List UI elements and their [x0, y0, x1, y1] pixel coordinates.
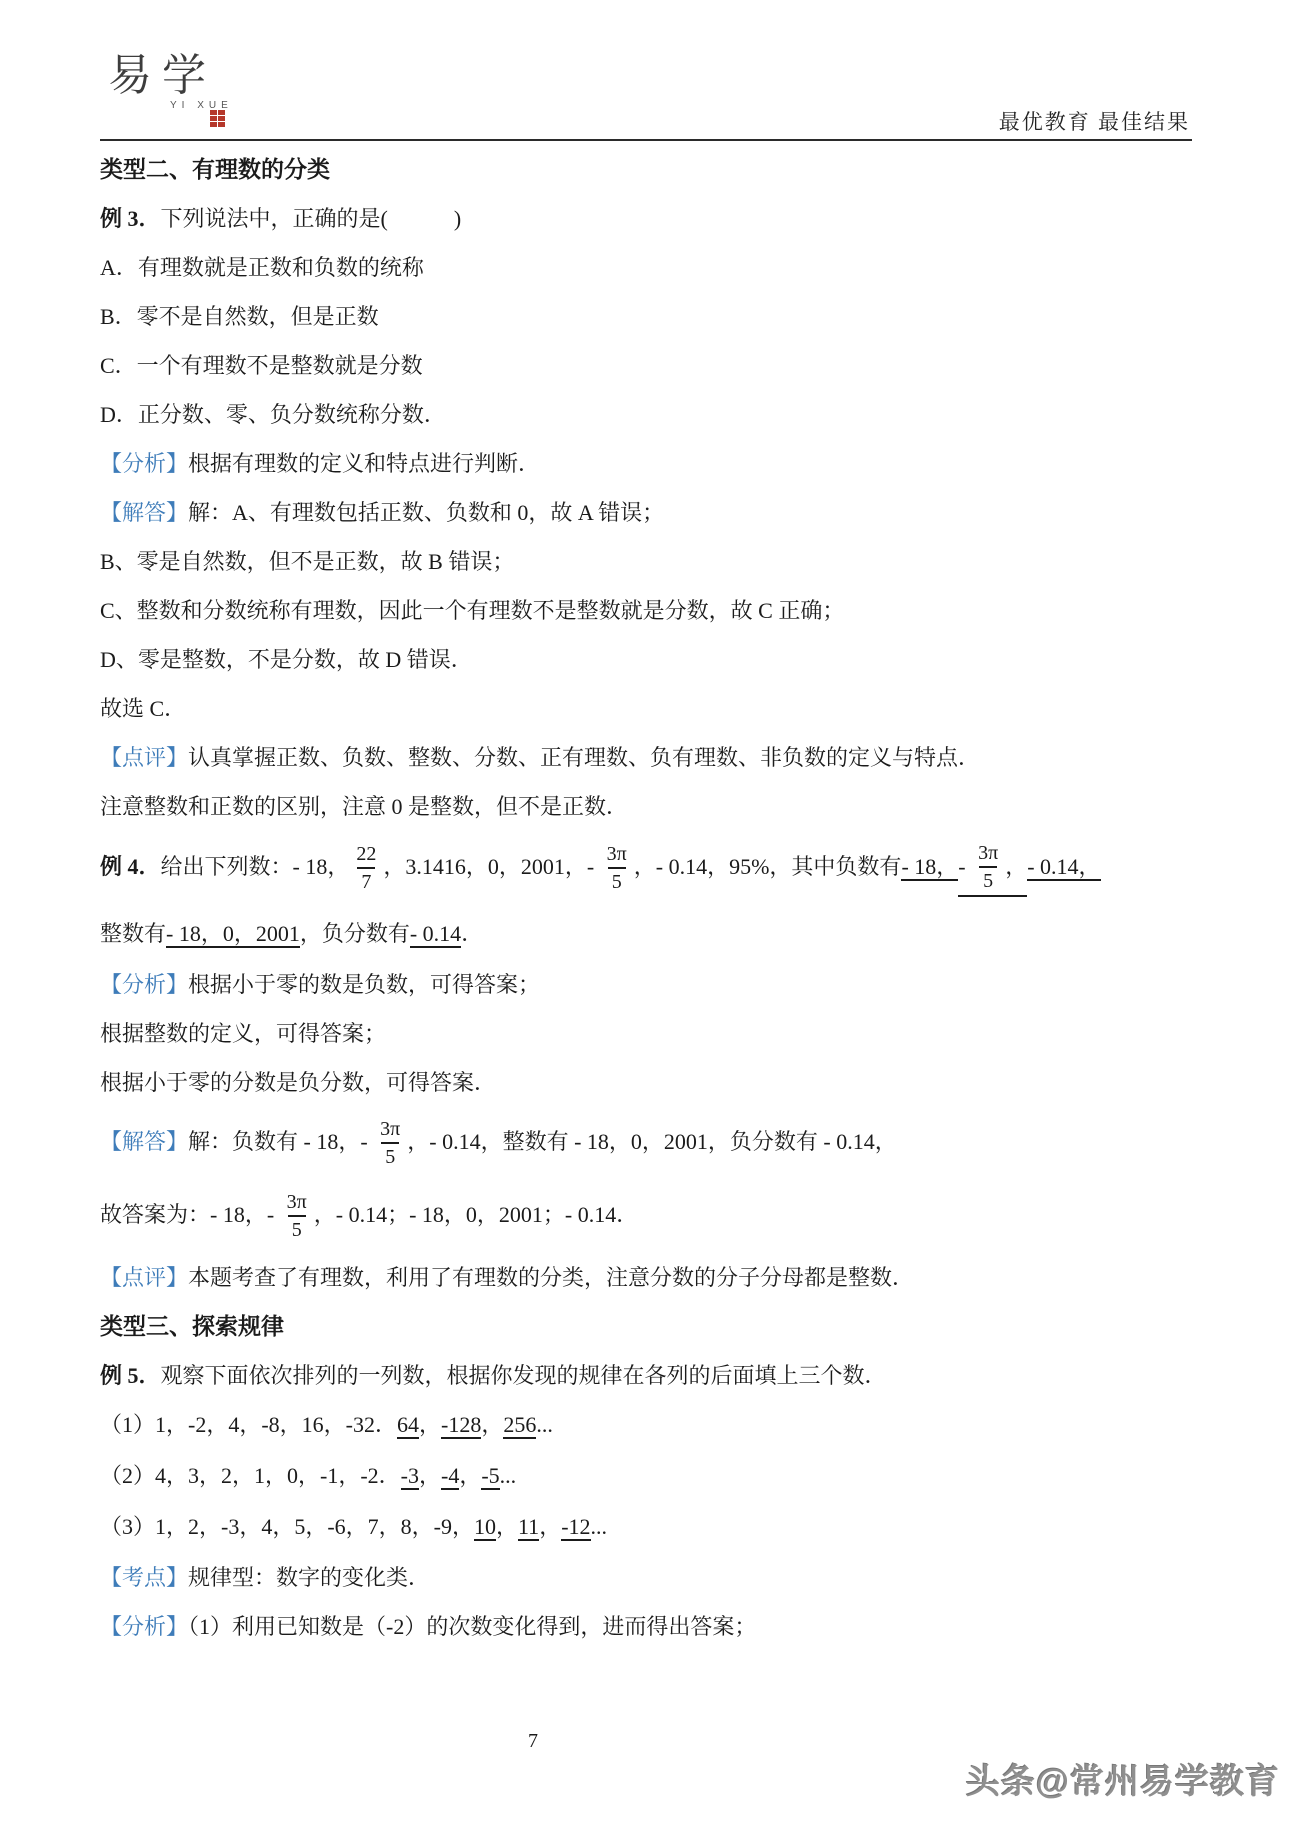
text-run: - — [958, 854, 971, 879]
text-run: 根据小于零的数是负数，可得答案； — [188, 972, 540, 997]
underlined-answer: 64 — [397, 1414, 419, 1439]
option-b: B．零不是自然数，但是正数 — [100, 305, 1205, 329]
text-run: D．正分数、零、负分数统称分数． — [100, 402, 446, 427]
option-d: D．正分数、零、负分数统称分数． — [100, 403, 1205, 427]
text-run: 观察下面依次排列的一列数，根据你发现的规律在各列的后面填上三个数． — [161, 1363, 887, 1388]
text-run: ． — [461, 921, 483, 946]
example4-question-2: 整数有- 18，0，2001，负分数有- 0.14． — [100, 922, 1205, 948]
underlined-answer: - 3π5， — [958, 844, 1027, 897]
underlined-answer: -5 — [481, 1465, 499, 1490]
underlined-answer: 10 — [474, 1516, 496, 1541]
answer-ex3-a: 【解答】解：A、有理数包括正数、负数和 0，故 A 错误； — [100, 501, 1205, 525]
fraction-denominator: 5 — [381, 1142, 399, 1167]
label-tag: 【分析】 — [100, 972, 188, 997]
answer-ex3-b: B、零是自然数，但不是正数，故 B 错误； — [100, 550, 1205, 574]
label-tag: 【分析】 — [100, 451, 188, 476]
answer-ex4: 【解答】解：负数有 - 18，- 3π5，- 0.14，整数有 - 18，0，2… — [100, 1120, 1205, 1168]
underlined-answer: - 0.14 — [410, 923, 461, 948]
example-label: 例 5． — [100, 1363, 161, 1388]
comment-ex3-note: 注意整数和正数的区别，注意 0 是整数，但不是正数． — [100, 795, 1205, 819]
logo: 易学 YI XUE — [108, 54, 268, 138]
answer-ex4-final: 故答案为：- 18，- 3π5，- 0.14；- 18，0，2001；- 0.1… — [100, 1193, 1205, 1241]
text-run: ... — [591, 1514, 608, 1539]
analysis-ex4-1: 【分析】根据小于零的数是负数，可得答案； — [100, 973, 1205, 997]
text-run: ，- 0.14；- 18，0，2001；- 0.14． — [314, 1202, 638, 1227]
text-run: ... — [500, 1463, 517, 1488]
text-run: ， — [419, 1463, 441, 1488]
text-run: A．有理数就是正数和负数的统称 — [100, 255, 424, 280]
text-run: 注意整数和正数的区别，注意 0 是整数，但不是正数． — [100, 794, 628, 819]
logo-seal-icon — [210, 110, 225, 127]
text-run: ，- 0.14，95%，其中负数有 — [634, 854, 902, 879]
fraction: 3π5 — [376, 1119, 404, 1167]
fraction-numerator: 22 — [352, 844, 380, 867]
kaodian-ex5: 【考点】规律型：数字的变化类． — [100, 1566, 1205, 1590]
text-run: 类型二、有理数的分类 — [100, 157, 330, 182]
text-run: B．零不是自然数，但是正数 — [100, 304, 379, 329]
text-run: 根据有理数的定义和特点进行判断． — [188, 451, 540, 476]
fraction-numerator: 3π — [603, 844, 631, 867]
comment-ex3: 【点评】认真掌握正数、负数、整数、分数、正有理数、负有理数、非负数的定义与特点． — [100, 746, 1205, 770]
text-run: 解：A、有理数包括正数、负数和 0，故 A 错误； — [188, 500, 664, 525]
text-run: 整数有 — [100, 921, 166, 946]
text-run: ，3.1416，0，2001，- — [383, 854, 599, 879]
text-run: C、整数和分数统称有理数，因此一个有理数不是整数就是分数，故 C 正确； — [100, 598, 844, 623]
fraction-denominator: 5 — [608, 867, 626, 892]
fraction: 3π5 — [283, 1192, 311, 1240]
text-run: ，- 0.14，整数有 - 18，0，2001，负分数有 - 0.14， — [407, 1129, 896, 1154]
answer-ex3-c: C、整数和分数统称有理数，因此一个有理数不是整数就是分数，故 C 正确； — [100, 599, 1205, 623]
fraction: 3π5 — [603, 844, 631, 892]
label-tag: 【考点】 — [100, 1565, 188, 1590]
example-label: 例 3． — [100, 206, 161, 231]
text-run: 故答案为：- 18，- — [100, 1202, 280, 1227]
text-run: ... — [536, 1412, 553, 1437]
text-run: 本题考查了有理数，利用了有理数的分类，注意分数的分子分母都是整数． — [188, 1265, 914, 1290]
example5-question: 例 5．观察下面依次排列的一列数，根据你发现的规律在各列的后面填上三个数． — [100, 1364, 1205, 1388]
text-run: ，负分数有 — [300, 921, 410, 946]
analysis-ex3: 【分析】根据有理数的定义和特点进行判断． — [100, 452, 1205, 476]
fraction-numerator: 3π — [376, 1119, 404, 1142]
text-run: 解：负数有 - 18，- — [188, 1129, 373, 1154]
label-tag: 【点评】 — [100, 745, 188, 770]
text-run: 规律型：数字的变化类． — [188, 1565, 430, 1590]
underlined-answer: -4 — [441, 1465, 459, 1490]
text-run: 故选 C． — [100, 696, 186, 721]
text-run: ， — [459, 1463, 481, 1488]
sequence-3: （3）1，2，-3，4，5，-6，7，8，-9，10，11，-12... — [100, 1515, 1205, 1541]
example-label: 例 4． — [100, 854, 161, 879]
logo-text: 易学 — [108, 54, 268, 98]
analysis-ex5: 【分析】（1）利用已知数是（-2）的次数变化得到，进而得出答案； — [100, 1615, 1205, 1639]
fraction-numerator: 3π — [974, 843, 1002, 866]
text-run: ， — [419, 1412, 441, 1437]
header-rule — [100, 139, 1192, 141]
fraction: 3π5 — [974, 843, 1002, 891]
text-run: ， — [539, 1514, 561, 1539]
label-tag: 【点评】 — [100, 1265, 188, 1290]
example4-question: 例 4．给出下列数：- 18，227，3.1416，0，2001，- 3π5，-… — [100, 844, 1205, 897]
underlined-answer: 256 — [503, 1414, 536, 1439]
text-run: 认真掌握正数、负数、整数、分数、正有理数、负有理数、非负数的定义与特点． — [188, 745, 980, 770]
header-slogan: 最优教育 最佳结果 — [999, 106, 1190, 136]
text-run: 类型三、探索规律 — [100, 1314, 284, 1339]
example3-question: 例 3．下列说法中，正确的是( ) — [100, 207, 1205, 231]
label-tag: 【分析】 — [100, 1614, 188, 1639]
option-c: C．一个有理数不是整数就是分数 — [100, 354, 1205, 378]
label-tag: 【解答】 — [100, 500, 188, 525]
underlined-answer: -12 — [561, 1516, 590, 1541]
watermark: 头条@常州易学教育 — [966, 1754, 1280, 1803]
underlined-answer: -3 — [401, 1465, 419, 1490]
underlined-answer: -128 — [441, 1414, 481, 1439]
comment-ex4: 【点评】本题考查了有理数，利用了有理数的分类，注意分数的分子分母都是整数． — [100, 1266, 1205, 1290]
text-run: C．一个有理数不是整数就是分数 — [100, 353, 423, 378]
underlined-answer: - 18， — [901, 856, 958, 881]
fraction-numerator: 3π — [283, 1192, 311, 1215]
text-run: （1）1，-2，4，-8，16，-32． — [100, 1412, 397, 1437]
text-run: （3）1，2，-3，4，5，-6，7，8，-9， — [100, 1514, 474, 1539]
document-body: 类型二、有理数的分类例 3．下列说法中，正确的是( )A．有理数就是正数和负数的… — [100, 158, 1205, 1664]
text-run: D、零是整数，不是分数，故 D 错误． — [100, 647, 473, 672]
text-run: 下列说法中，正确的是( ) — [161, 206, 462, 231]
text-run: B、零是自然数，但不是正数，故 B 错误； — [100, 549, 514, 574]
section-heading-type3: 类型三、探索规律 — [100, 1315, 1205, 1339]
text-run: 给出下列数：- 18， — [161, 854, 350, 879]
answer-ex3-choice: 故选 C． — [100, 697, 1205, 721]
analysis-ex4-2: 根据整数的定义，可得答案； — [100, 1022, 1205, 1046]
text-run: ， — [1005, 854, 1027, 879]
text-run: ， — [481, 1412, 503, 1437]
text-run: ， — [496, 1514, 518, 1539]
sequence-2: （2）4，3，2，1，0，-1，-2．-3，-4，-5... — [100, 1464, 1205, 1490]
page-number: 7 — [0, 1730, 1066, 1753]
text-run: 根据小于零的分数是负分数，可得答案． — [100, 1070, 496, 1095]
fraction-denominator: 5 — [979, 866, 997, 891]
underlined-answer: - 18，0，2001 — [166, 923, 300, 948]
fraction-denominator: 5 — [288, 1215, 306, 1240]
text-run: 根据整数的定义，可得答案； — [100, 1021, 386, 1046]
fraction: 227 — [352, 844, 380, 892]
section-heading-type2: 类型二、有理数的分类 — [100, 158, 1205, 182]
sequence-1: （1）1，-2，4，-8，16，-32．64，-128，256... — [100, 1413, 1205, 1439]
option-a: A．有理数就是正数和负数的统称 — [100, 256, 1205, 280]
label-tag: 【解答】 — [100, 1129, 188, 1154]
text-run: （1）利用已知数是（-2）的次数变化得到，进而得出答案； — [188, 1614, 756, 1639]
fraction-denominator: 7 — [357, 867, 375, 892]
underlined-answer: - 0.14， — [1027, 856, 1100, 881]
underlined-answer: 11 — [518, 1516, 539, 1541]
answer-ex3-d: D、零是整数，不是分数，故 D 错误． — [100, 648, 1205, 672]
analysis-ex4-3: 根据小于零的分数是负分数，可得答案． — [100, 1071, 1205, 1095]
text-run: （2）4，3，2，1，0，-1，-2． — [100, 1463, 401, 1488]
